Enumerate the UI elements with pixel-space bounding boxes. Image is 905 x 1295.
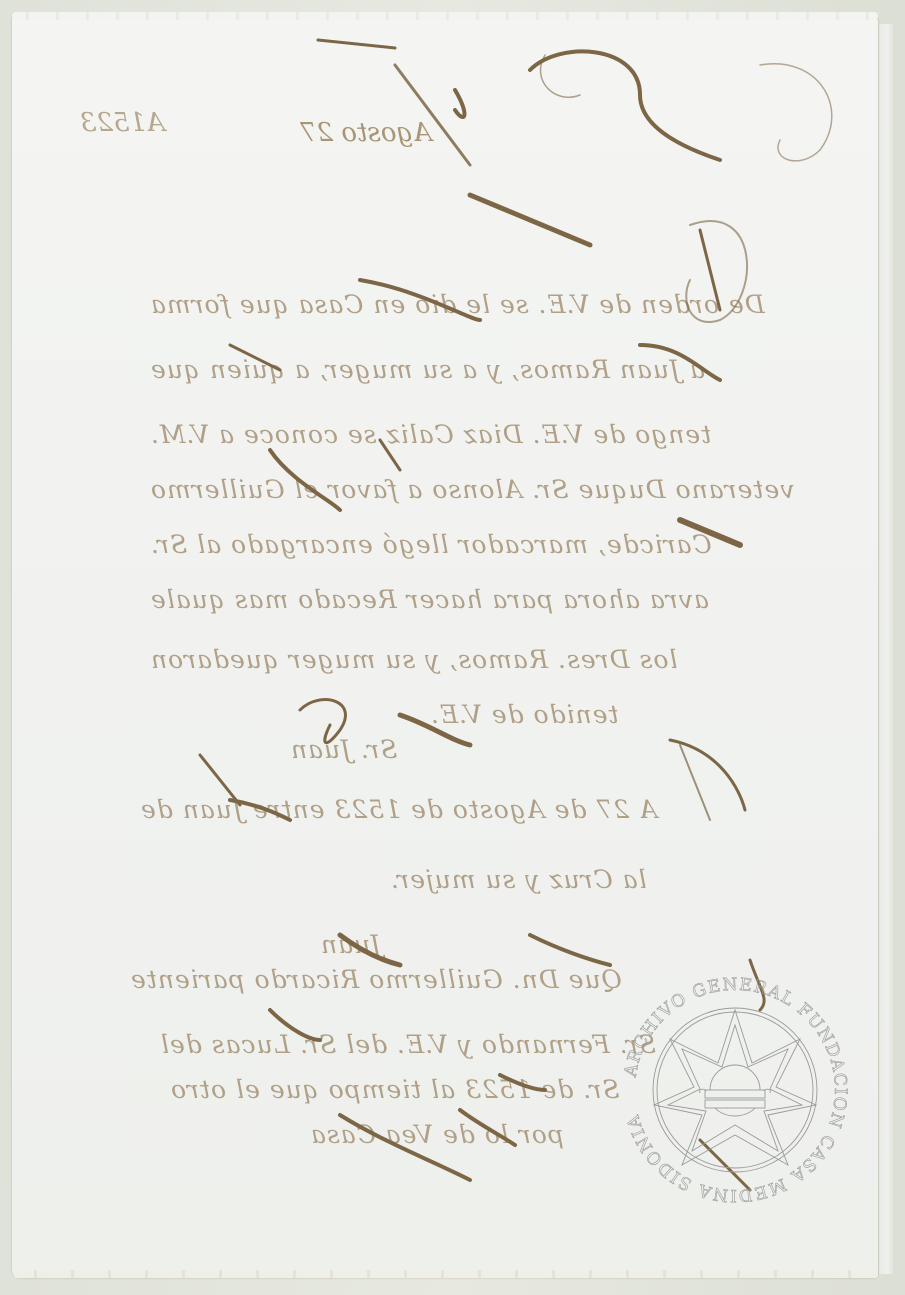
manuscript-line: A 27 de Agosto de 1523 entre Juan de <box>140 795 657 824</box>
manuscript-line: Juan <box>320 930 381 959</box>
manuscript-line: tengo de V.E. Diaz Caliz se conoce a V.M… <box>150 420 711 449</box>
archive-watermark-stamp: ARCHIVO GENERAL FUNDACION CASA MEDINA SI… <box>620 975 850 1205</box>
manuscript-line: a Juan Ramos, y a su muger, a quien que <box>150 355 705 384</box>
date-fragment: Agosto 27 <box>300 118 432 148</box>
manuscript-line: la Cruz y su mujer. <box>390 865 647 894</box>
manuscript-line: veterano Duque Sr. Alonso a favor el Gui… <box>150 475 794 504</box>
manuscript-line: avra ahora para hacer Recado mas quale <box>150 585 709 614</box>
manuscript-line: Sr. de 1523 al tiempo que el otro <box>170 1075 620 1104</box>
deckle-edge-top <box>12 12 878 20</box>
manuscript-line: Sr. Juan <box>290 735 397 764</box>
page-fold-edge <box>878 24 893 1274</box>
deckle-edge-bottom <box>14 1270 878 1278</box>
manuscript-line: por lo de Vea Casa <box>310 1120 564 1149</box>
manuscript-line: tenido de V.E. <box>430 700 619 729</box>
manuscript-line: Caricde, marcador llegó encargado al Sr. <box>150 530 712 559</box>
manuscript-line: Sr. Fernando y V.E. del Sr. Lucas del <box>160 1030 656 1059</box>
reference-number: A1523 <box>80 108 165 138</box>
manuscript-line: De orden de V.E. se le dio en Casa que f… <box>150 290 765 319</box>
manuscript-line: Que Dn. Guillermo Ricardo pariente <box>130 965 622 994</box>
manuscript-line: los Dres. Ramos, y su muger quedaron <box>150 645 677 674</box>
